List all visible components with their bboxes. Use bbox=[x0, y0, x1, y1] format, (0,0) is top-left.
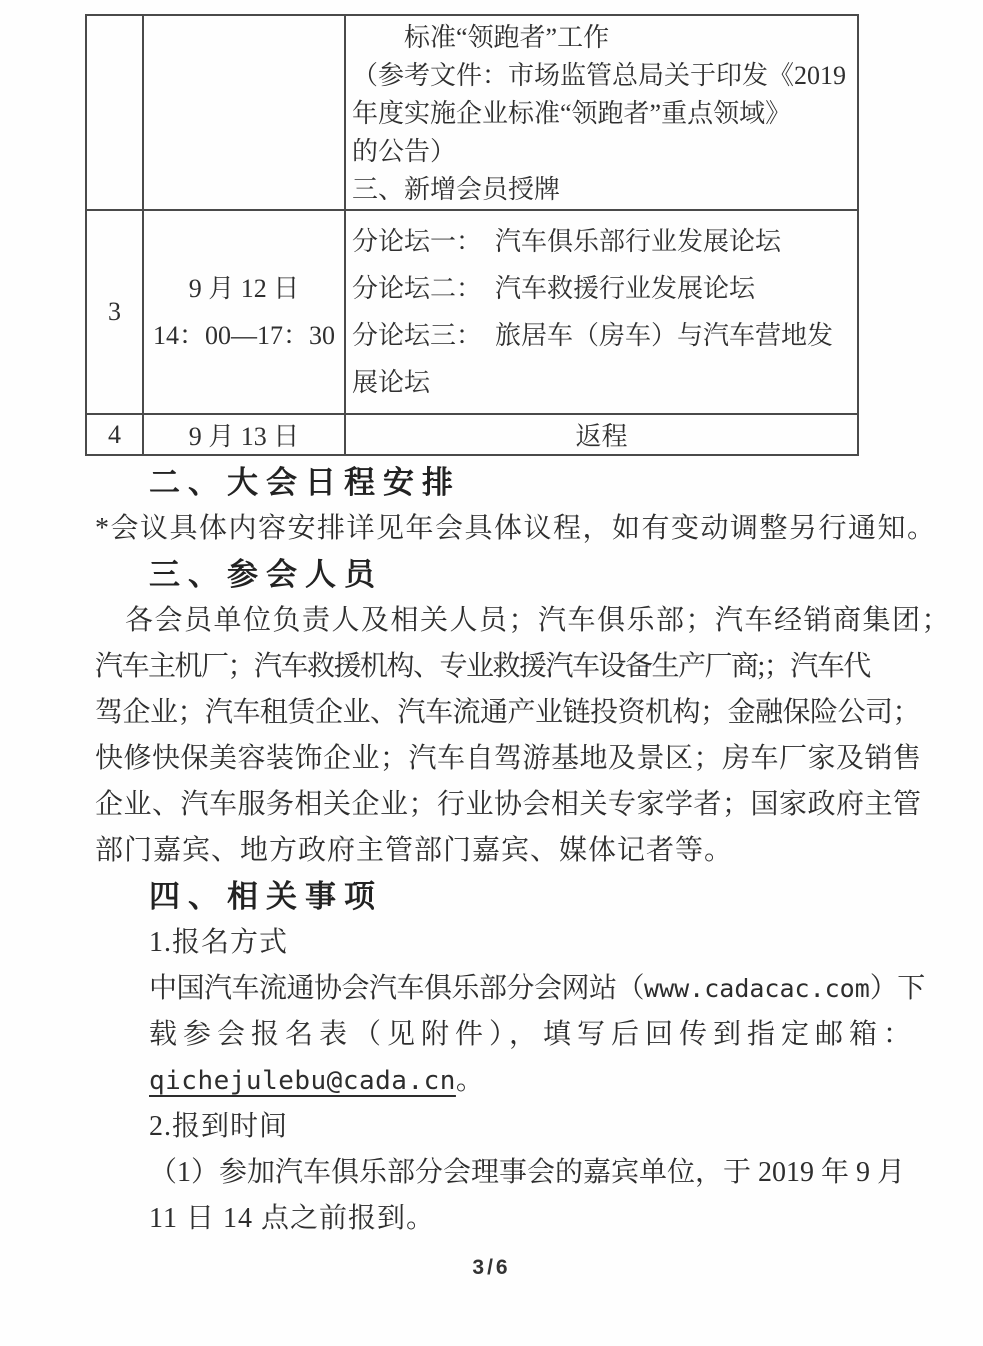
item2-title: 2.报到时间 bbox=[0, 1104, 983, 1150]
document-page: 标准“领跑者”工作 （参考文件：市场监管总局关于印发《2019 年度实施企业标准… bbox=[0, 0, 983, 1346]
website-text-post: ）下 bbox=[870, 973, 925, 1004]
table-row-agenda-continued: 标准“领跑者”工作 （参考文件：市场监管总局关于印发《2019 年度实施企业标准… bbox=[86, 15, 858, 210]
section-heading-4: 四、相关事项 bbox=[0, 874, 983, 920]
cell-row-number-empty bbox=[86, 15, 143, 210]
date-line: 9 月 12 日 bbox=[144, 265, 344, 312]
item1-line-email: qichejulebu@cada.cn。 bbox=[0, 1058, 983, 1104]
agenda-line: （参考文件：市场监管总局关于印发《2019 bbox=[352, 57, 855, 95]
email-suffix: 。 bbox=[456, 1065, 484, 1096]
agenda-line: 三、新增会员授牌 bbox=[352, 171, 855, 209]
website-text-pre: 中国汽车流通协会汽车俱乐部分会网站（ bbox=[149, 973, 644, 1004]
cell-date-empty bbox=[143, 15, 345, 210]
section-heading-2: 二、大会日程安排 bbox=[0, 460, 983, 506]
cell-return-trip: 返程 bbox=[345, 414, 858, 455]
agenda-line: 的公告） bbox=[352, 133, 855, 171]
cell-row-number: 3 bbox=[86, 210, 143, 414]
attendees-line: 快修快保美容装饰企业；汽车自驾游基地及景区；房车厂家及销售 bbox=[0, 736, 983, 782]
forum-line: 分论坛一： 汽车俱乐部行业发展论坛 bbox=[352, 218, 857, 265]
page-number: 3/6 bbox=[0, 1256, 983, 1280]
section-heading-3: 三、参会人员 bbox=[0, 552, 983, 598]
item1-line-form: 载参会报名表（见附件），填写后回传到指定邮箱： bbox=[0, 1012, 983, 1058]
item2-line-2: 11 日 14 点之前报到。 bbox=[0, 1196, 983, 1242]
schedule-table: 标准“领跑者”工作 （参考文件：市场监管总局关于印发《2019 年度实施企业标准… bbox=[85, 14, 859, 456]
attendees-line: 汽车主机厂；汽车救援机构、专业救援汽车设备生产厂商;；汽车代 bbox=[0, 644, 983, 690]
document-body: 二、大会日程安排 *会议具体内容安排详见年会具体议程，如有变动调整另行通知。 三… bbox=[0, 460, 983, 1242]
note-line: *会议具体内容安排详见年会具体议程，如有变动调整另行通知。 bbox=[0, 506, 983, 552]
cell-forums: 分论坛一： 汽车俱乐部行业发展论坛 分论坛二： 汽车救援行业发展论坛 分论坛三：… bbox=[345, 210, 858, 414]
item1-line-website: 中国汽车流通协会汽车俱乐部分会网站（www.cadacac.com）下 bbox=[0, 966, 983, 1012]
table-row-4: 4 9 月 13 日 返程 bbox=[86, 414, 858, 455]
agenda-line: 年度实施企业标准“领跑者”重点领域》 bbox=[352, 95, 855, 133]
table-row-3: 3 9 月 12 日 14：00—17：30 分论坛一： 汽车俱乐部行业发展论坛… bbox=[86, 210, 858, 414]
time-line: 14：00—17：30 bbox=[144, 312, 344, 359]
item2-line-1: （1）参加汽车俱乐部分会理事会的嘉宾单位，于 2019 年 9 月 bbox=[0, 1150, 983, 1196]
forum-line: 分论坛二： 汽车救援行业发展论坛 bbox=[352, 265, 857, 312]
attendees-line: 企业、汽车服务相关企业；行业协会相关专家学者；国家政府主管 bbox=[0, 782, 983, 828]
email-link[interactable]: qichejulebu@cada.cn bbox=[149, 1066, 456, 1096]
item1-title: 1.报名方式 bbox=[0, 920, 983, 966]
attendees-line: 驾企业；汽车租赁企业、汽车流通产业链投资机构；金融保险公司； bbox=[0, 690, 983, 736]
cell-date: 9 月 13 日 bbox=[143, 414, 345, 455]
cell-agenda-content: 标准“领跑者”工作 （参考文件：市场监管总局关于印发《2019 年度实施企业标准… bbox=[345, 15, 858, 210]
forum-line: 分论坛三： 旅居车（房车）与汽车营地发 bbox=[352, 312, 857, 359]
attendees-line: 部门嘉宾、地方政府主管部门嘉宾、媒体记者等。 bbox=[0, 828, 983, 874]
agenda-line: 标准“领跑者”工作 bbox=[352, 19, 855, 57]
cell-row-number: 4 bbox=[86, 414, 143, 455]
attendees-line: 各会员单位负责人及相关人员；汽车俱乐部；汽车经销商集团； bbox=[0, 598, 983, 644]
forum-line: 展论坛 bbox=[352, 359, 857, 406]
website-url: www.cadacac.com bbox=[644, 974, 870, 1003]
cell-date-time: 9 月 12 日 14：00—17：30 bbox=[143, 210, 345, 414]
